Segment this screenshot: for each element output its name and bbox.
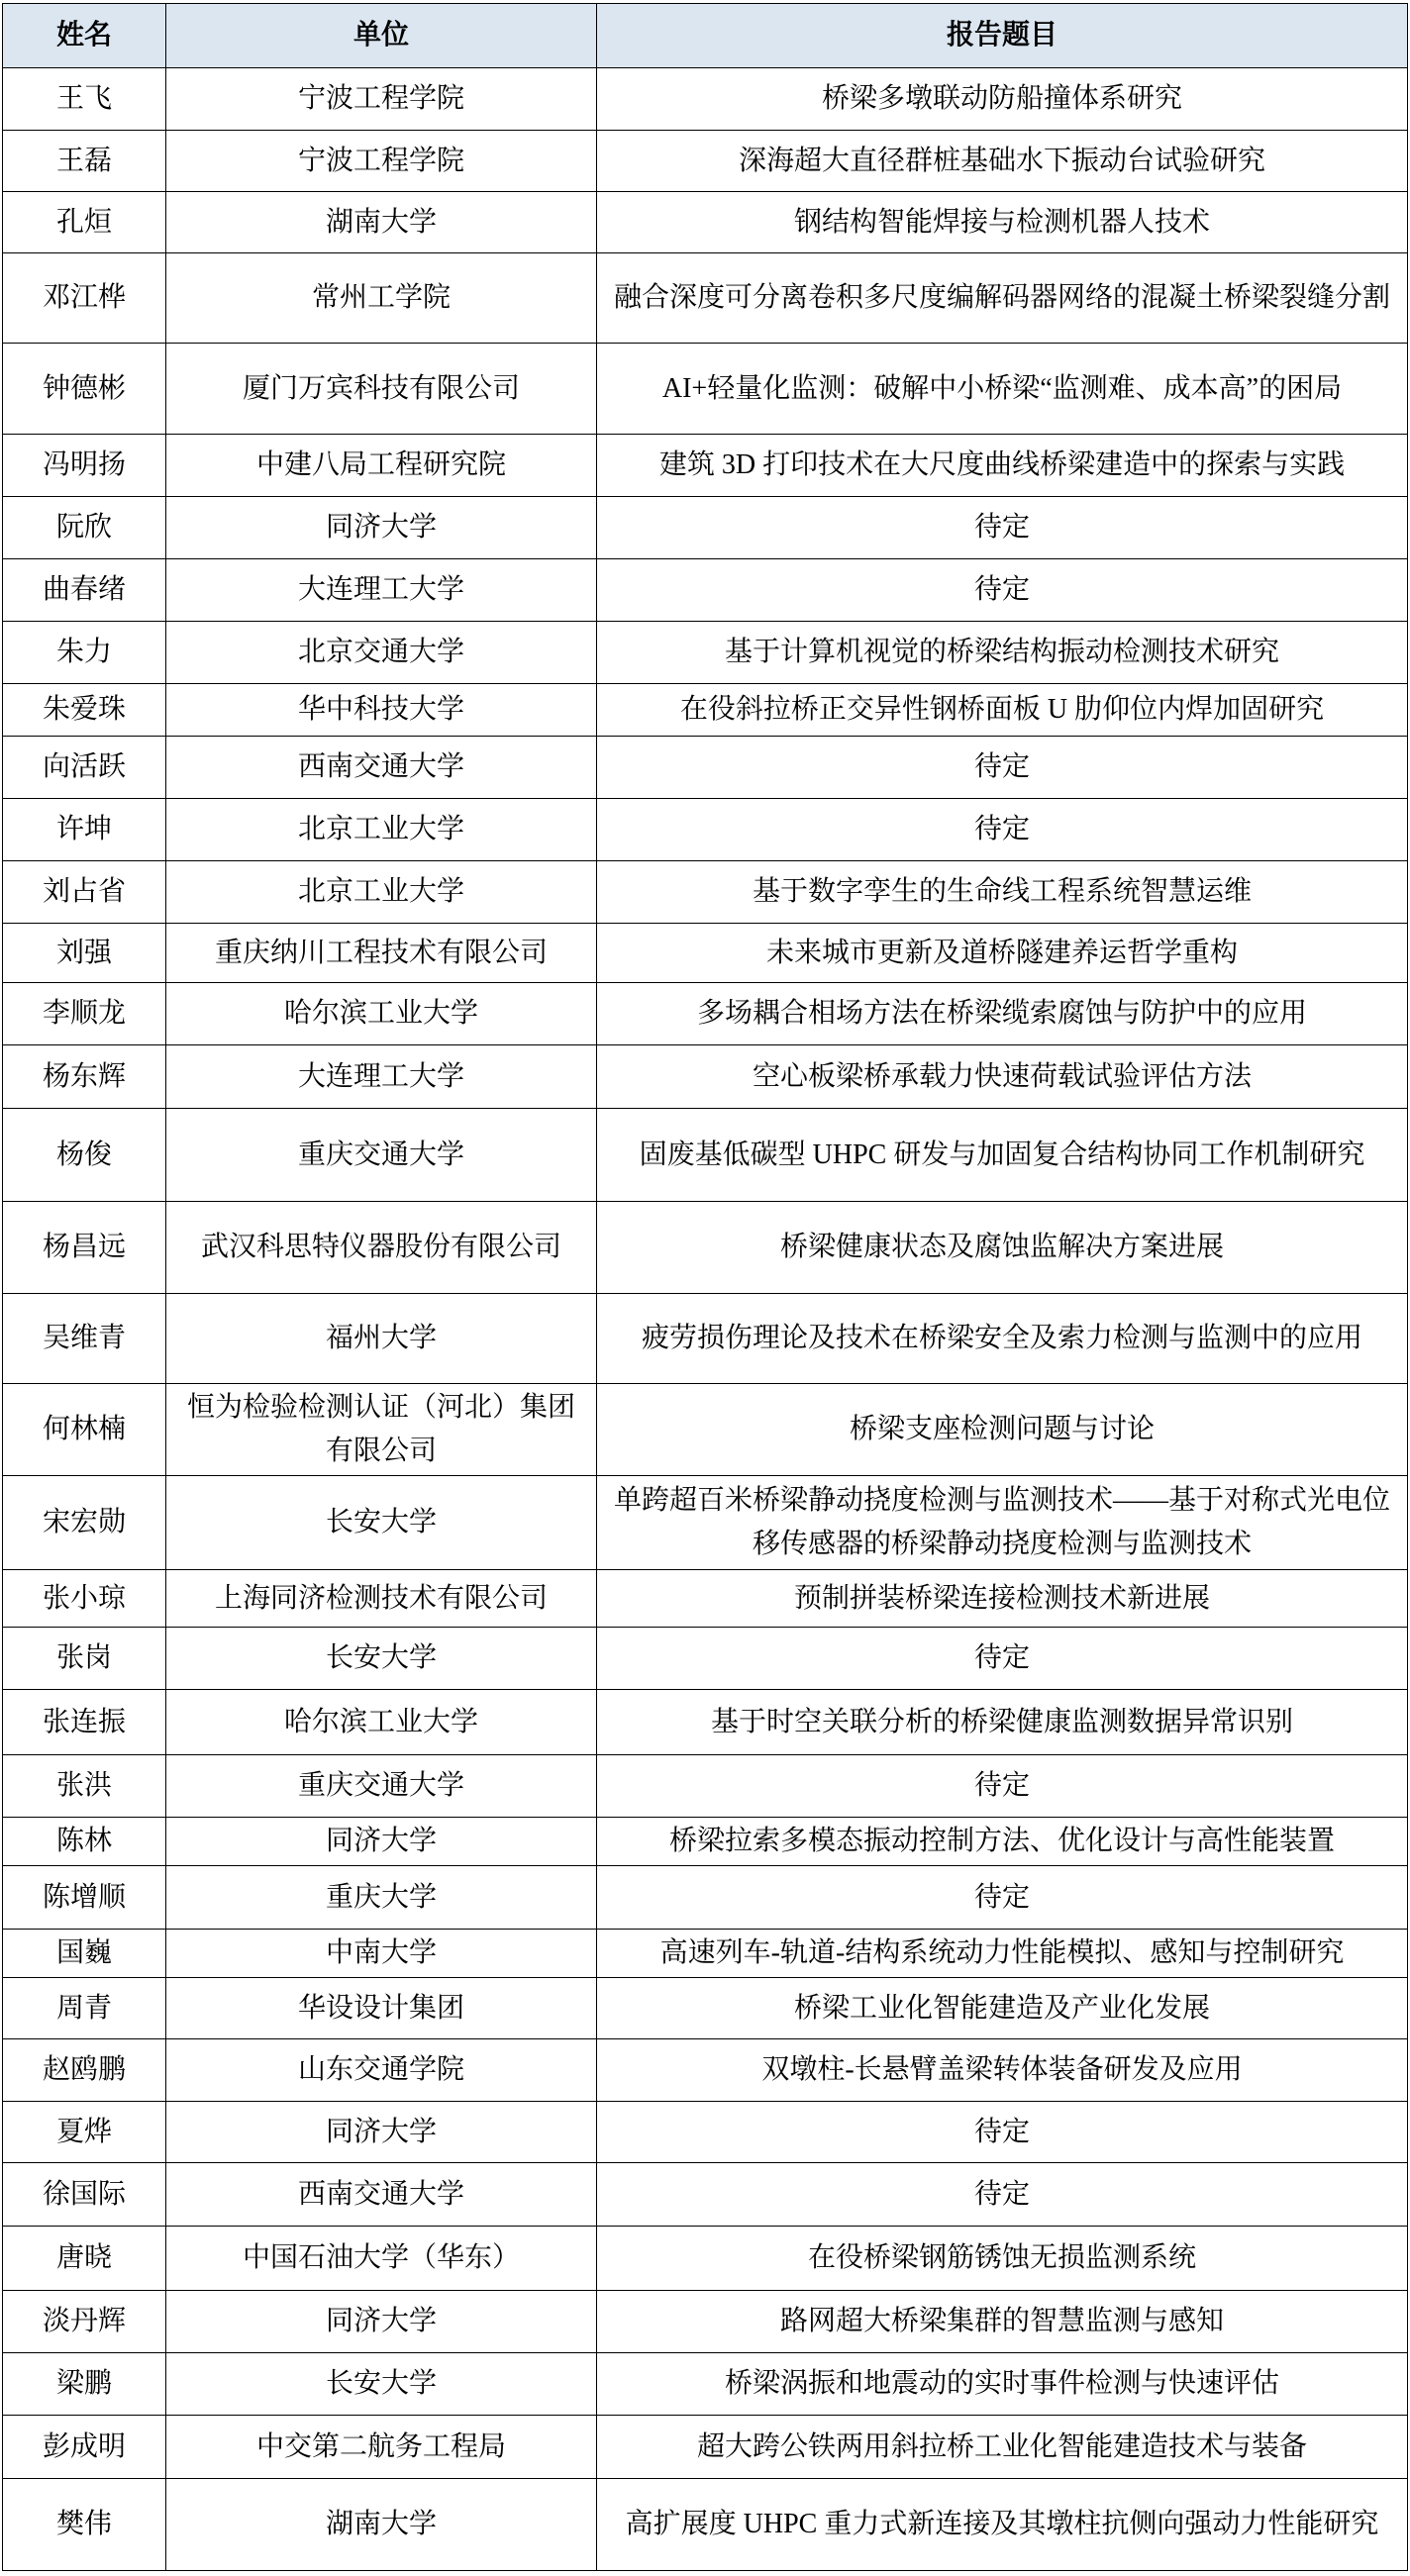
table-row: 陈增顺重庆大学待定	[3, 1866, 1408, 1930]
speaker-name: 唐晓	[3, 2227, 166, 2291]
report-title: 疲劳损伤理论及技术在桥梁安全及索力检测与监测中的应用	[597, 1294, 1408, 1384]
speaker-affiliation: 大连理工大学	[166, 559, 597, 622]
table-row: 樊伟湖南大学高扩展度 UHPC 重力式新连接及其墩柱抗侧向强动力性能研究	[3, 2479, 1408, 2571]
speaker-affiliation: 上海同济检测技术有限公司	[166, 1570, 597, 1628]
report-title: 在役斜拉桥正交异性钢桥面板 U 肋仰位内焊加固研究	[597, 684, 1408, 737]
speaker-name: 曲春绪	[3, 559, 166, 622]
table-row: 周青华设设计集团桥梁工业化智能建造及产业化发展	[3, 1978, 1408, 2039]
table-row: 刘占省北京工业大学基于数字孪生的生命线工程系统智慧运维	[3, 861, 1408, 924]
table-row: 宋宏勋长安大学单跨超百米桥梁静动挠度检测与监测技术——基于对称式光电位移传感器的…	[3, 1476, 1408, 1570]
table-row: 张连振哈尔滨工业大学基于时空关联分析的桥梁健康监测数据异常识别	[3, 1690, 1408, 1755]
speaker-affiliation: 同济大学	[166, 1818, 597, 1866]
table-row: 钟德彬厦门万宾科技有限公司AI+轻量化监测：破解中小桥梁“监测难、成本高”的困局	[3, 344, 1408, 435]
speaker-name: 张洪	[3, 1755, 166, 1818]
speaker-affiliation: 武汉科思特仪器股份有限公司	[166, 1202, 597, 1294]
speaker-name: 孔烜	[3, 192, 166, 253]
report-title: 高速列车-轨道-结构系统动力性能模拟、感知与控制研究	[597, 1930, 1408, 1978]
speaker-affiliation: 北京工业大学	[166, 861, 597, 924]
speaker-affiliation: 福州大学	[166, 1294, 597, 1384]
speaker-affiliation: 华设设计集团	[166, 1978, 597, 2039]
report-title: 基于计算机视觉的桥梁结构振动检测技术研究	[597, 622, 1408, 684]
report-title: 双墩柱-长悬臂盖梁转体装备研发及应用	[597, 2039, 1408, 2102]
header-title: 报告题目	[597, 4, 1408, 68]
report-title: 待定	[597, 1866, 1408, 1930]
table-row: 唐晓中国石油大学（华东）在役桥梁钢筋锈蚀无损监测系统	[3, 2227, 1408, 2291]
table-row: 曲春绪大连理工大学待定	[3, 559, 1408, 622]
speaker-affiliation: 山东交通学院	[166, 2039, 597, 2102]
speaker-name: 张连振	[3, 1690, 166, 1755]
speaker-affiliation: 哈尔滨工业大学	[166, 983, 597, 1045]
table-row: 朱力北京交通大学基于计算机视觉的桥梁结构振动检测技术研究	[3, 622, 1408, 684]
table-row: 杨俊重庆交通大学固废基低碳型 UHPC 研发与加固复合结构协同工作机制研究	[3, 1109, 1408, 1202]
report-title: 超大跨公铁两用斜拉桥工业化智能建造技术与装备	[597, 2416, 1408, 2479]
speaker-affiliation: 重庆纳川工程技术有限公司	[166, 924, 597, 983]
speaker-affiliation: 中南大学	[166, 1930, 597, 1978]
speaker-affiliation: 北京工业大学	[166, 799, 597, 861]
report-title: 未来城市更新及道桥隧建养运哲学重构	[597, 924, 1408, 983]
table-row: 彭成明中交第二航务工程局超大跨公铁两用斜拉桥工业化智能建造技术与装备	[3, 2416, 1408, 2479]
table-row: 杨东辉大连理工大学空心板梁桥承载力快速荷载试验评估方法	[3, 1045, 1408, 1109]
speaker-name: 朱力	[3, 622, 166, 684]
report-title: 融合深度可分离卷积多尺度编解码器网络的混凝土桥梁裂缝分割	[597, 253, 1408, 344]
speaker-affiliation: 中国石油大学（华东）	[166, 2227, 597, 2291]
table-row: 孔烜湖南大学钢结构智能焊接与检测机器人技术	[3, 192, 1408, 253]
report-title: 桥梁工业化智能建造及产业化发展	[597, 1978, 1408, 2039]
table-row: 徐国际西南交通大学待定	[3, 2163, 1408, 2227]
table-row: 冯明扬中建八局工程研究院建筑 3D 打印技术在大尺度曲线桥梁建造中的探索与实践	[3, 435, 1408, 497]
speaker-name: 赵鸥鹏	[3, 2039, 166, 2102]
speaker-name: 张小琼	[3, 1570, 166, 1628]
report-title: 基于时空关联分析的桥梁健康监测数据异常识别	[597, 1690, 1408, 1755]
report-title: 待定	[597, 737, 1408, 799]
header-unit: 单位	[166, 4, 597, 68]
speaker-name: 国巍	[3, 1930, 166, 1978]
speaker-affiliation: 重庆大学	[166, 1866, 597, 1930]
speaker-name: 徐国际	[3, 2163, 166, 2227]
speaker-name: 宋宏勋	[3, 1476, 166, 1570]
table-body: 王飞宁波工程学院桥梁多墩联动防船撞体系研究王磊宁波工程学院深海超大直径群桩基础水…	[3, 68, 1408, 2571]
report-title: AI+轻量化监测：破解中小桥梁“监测难、成本高”的困局	[597, 344, 1408, 435]
speaker-affiliation: 湖南大学	[166, 2479, 597, 2571]
speaker-name: 阮欣	[3, 497, 166, 559]
speaker-name: 杨昌远	[3, 1202, 166, 1294]
speaker-name: 刘占省	[3, 861, 166, 924]
speaker-affiliation: 常州工学院	[166, 253, 597, 344]
report-title: 待定	[597, 1755, 1408, 1818]
table-header: 姓名 单位 报告题目	[3, 4, 1408, 68]
speaker-affiliation: 恒为检验检测认证（河北）集团有限公司	[166, 1384, 597, 1476]
speaker-affiliation: 湖南大学	[166, 192, 597, 253]
speaker-name: 邓江桦	[3, 253, 166, 344]
report-title: 在役桥梁钢筋锈蚀无损监测系统	[597, 2227, 1408, 2291]
speaker-affiliation: 西南交通大学	[166, 737, 597, 799]
speaker-name: 王磊	[3, 131, 166, 192]
report-title: 单跨超百米桥梁静动挠度检测与监测技术——基于对称式光电位移传感器的桥梁静动挠度检…	[597, 1476, 1408, 1570]
table-row: 赵鸥鹏山东交通学院双墩柱-长悬臂盖梁转体装备研发及应用	[3, 2039, 1408, 2102]
speaker-affiliation: 厦门万宾科技有限公司	[166, 344, 597, 435]
report-title: 预制拼装桥梁连接检测技术新进展	[597, 1570, 1408, 1628]
report-title: 钢结构智能焊接与检测机器人技术	[597, 192, 1408, 253]
table-row: 张洪重庆交通大学待定	[3, 1755, 1408, 1818]
table-row: 国巍中南大学高速列车-轨道-结构系统动力性能模拟、感知与控制研究	[3, 1930, 1408, 1978]
report-title: 桥梁多墩联动防船撞体系研究	[597, 68, 1408, 131]
speaker-affiliation: 中建八局工程研究院	[166, 435, 597, 497]
speaker-affiliation: 同济大学	[166, 497, 597, 559]
report-title: 空心板梁桥承载力快速荷载试验评估方法	[597, 1045, 1408, 1109]
table-row: 朱爱珠华中科技大学在役斜拉桥正交异性钢桥面板 U 肋仰位内焊加固研究	[3, 684, 1408, 737]
speaker-name: 李顺龙	[3, 983, 166, 1045]
report-title: 建筑 3D 打印技术在大尺度曲线桥梁建造中的探索与实践	[597, 435, 1408, 497]
speaker-affiliation: 北京交通大学	[166, 622, 597, 684]
table-row: 梁鹏长安大学桥梁涡振和地震动的实时事件检测与快速评估	[3, 2353, 1408, 2416]
speaker-name: 淡丹辉	[3, 2291, 166, 2353]
table-row: 许坤北京工业大学待定	[3, 799, 1408, 861]
speaker-name: 陈林	[3, 1818, 166, 1866]
header-name: 姓名	[3, 4, 166, 68]
report-title: 桥梁支座检测问题与讨论	[597, 1384, 1408, 1476]
speaker-affiliation: 长安大学	[166, 1628, 597, 1690]
table-row: 吴维青福州大学疲劳损伤理论及技术在桥梁安全及索力检测与监测中的应用	[3, 1294, 1408, 1384]
speaker-affiliation: 西南交通大学	[166, 2163, 597, 2227]
speaker-name: 钟德彬	[3, 344, 166, 435]
speaker-name: 许坤	[3, 799, 166, 861]
speaker-affiliation: 宁波工程学院	[166, 68, 597, 131]
table-row: 王飞宁波工程学院桥梁多墩联动防船撞体系研究	[3, 68, 1408, 131]
table-row: 张岗长安大学待定	[3, 1628, 1408, 1690]
speaker-affiliation: 长安大学	[166, 1476, 597, 1570]
speaker-name: 彭成明	[3, 2416, 166, 2479]
table-row: 张小琼上海同济检测技术有限公司预制拼装桥梁连接检测技术新进展	[3, 1570, 1408, 1628]
speaker-name: 朱爱珠	[3, 684, 166, 737]
speaker-name: 刘强	[3, 924, 166, 983]
table-row: 杨昌远武汉科思特仪器股份有限公司桥梁健康状态及腐蚀监解决方案进展	[3, 1202, 1408, 1294]
report-title: 深海超大直径群桩基础水下振动台试验研究	[597, 131, 1408, 192]
report-title: 桥梁健康状态及腐蚀监解决方案进展	[597, 1202, 1408, 1294]
speaker-affiliation: 宁波工程学院	[166, 131, 597, 192]
header-row: 姓名 单位 报告题目	[3, 4, 1408, 68]
speaker-name: 杨东辉	[3, 1045, 166, 1109]
report-title: 多场耦合相场方法在桥梁缆索腐蚀与防护中的应用	[597, 983, 1408, 1045]
table-row: 何林楠恒为检验检测认证（河北）集团有限公司桥梁支座检测问题与讨论	[3, 1384, 1408, 1476]
table-row: 王磊宁波工程学院深海超大直径群桩基础水下振动台试验研究	[3, 131, 1408, 192]
table-row: 向活跃西南交通大学待定	[3, 737, 1408, 799]
report-title: 待定	[597, 1628, 1408, 1690]
table-row: 邓江桦常州工学院融合深度可分离卷积多尺度编解码器网络的混凝土桥梁裂缝分割	[3, 253, 1408, 344]
speaker-affiliation: 重庆交通大学	[166, 1109, 597, 1202]
report-title: 桥梁拉索多模态振动控制方法、优化设计与高性能装置	[597, 1818, 1408, 1866]
speaker-affiliation: 长安大学	[166, 2353, 597, 2416]
speaker-affiliation: 哈尔滨工业大学	[166, 1690, 597, 1755]
table-row: 李顺龙哈尔滨工业大学多场耦合相场方法在桥梁缆索腐蚀与防护中的应用	[3, 983, 1408, 1045]
speaker-name: 张岗	[3, 1628, 166, 1690]
table-row: 刘强重庆纳川工程技术有限公司未来城市更新及道桥隧建养运哲学重构	[3, 924, 1408, 983]
table-row: 夏烨同济大学待定	[3, 2102, 1408, 2163]
speaker-name: 梁鹏	[3, 2353, 166, 2416]
speaker-report-table: 姓名 单位 报告题目 王飞宁波工程学院桥梁多墩联动防船撞体系研究王磊宁波工程学院…	[2, 3, 1408, 2571]
speaker-name: 向活跃	[3, 737, 166, 799]
speaker-name: 陈增顺	[3, 1866, 166, 1930]
report-title: 路网超大桥梁集群的智慧监测与感知	[597, 2291, 1408, 2353]
table-row: 阮欣同济大学待定	[3, 497, 1408, 559]
speaker-affiliation: 重庆交通大学	[166, 1755, 597, 1818]
report-title: 待定	[597, 2163, 1408, 2227]
speaker-affiliation: 大连理工大学	[166, 1045, 597, 1109]
table-row: 淡丹辉同济大学路网超大桥梁集群的智慧监测与感知	[3, 2291, 1408, 2353]
speaker-affiliation: 中交第二航务工程局	[166, 2416, 597, 2479]
speaker-affiliation: 同济大学	[166, 2102, 597, 2163]
speaker-name: 樊伟	[3, 2479, 166, 2571]
report-title: 桥梁涡振和地震动的实时事件检测与快速评估	[597, 2353, 1408, 2416]
speaker-affiliation: 同济大学	[166, 2291, 597, 2353]
speaker-name: 夏烨	[3, 2102, 166, 2163]
speaker-name: 杨俊	[3, 1109, 166, 1202]
report-title: 固废基低碳型 UHPC 研发与加固复合结构协同工作机制研究	[597, 1109, 1408, 1202]
report-title: 待定	[597, 559, 1408, 622]
speaker-name: 何林楠	[3, 1384, 166, 1476]
report-title: 基于数字孪生的生命线工程系统智慧运维	[597, 861, 1408, 924]
speaker-name: 周青	[3, 1978, 166, 2039]
speaker-affiliation: 华中科技大学	[166, 684, 597, 737]
table-row: 陈林同济大学桥梁拉索多模态振动控制方法、优化设计与高性能装置	[3, 1818, 1408, 1866]
report-title: 待定	[597, 2102, 1408, 2163]
report-title: 待定	[597, 497, 1408, 559]
report-title: 高扩展度 UHPC 重力式新连接及其墩柱抗侧向强动力性能研究	[597, 2479, 1408, 2571]
speaker-name: 冯明扬	[3, 435, 166, 497]
speaker-name: 王飞	[3, 68, 166, 131]
speaker-name: 吴维青	[3, 1294, 166, 1384]
report-title: 待定	[597, 799, 1408, 861]
